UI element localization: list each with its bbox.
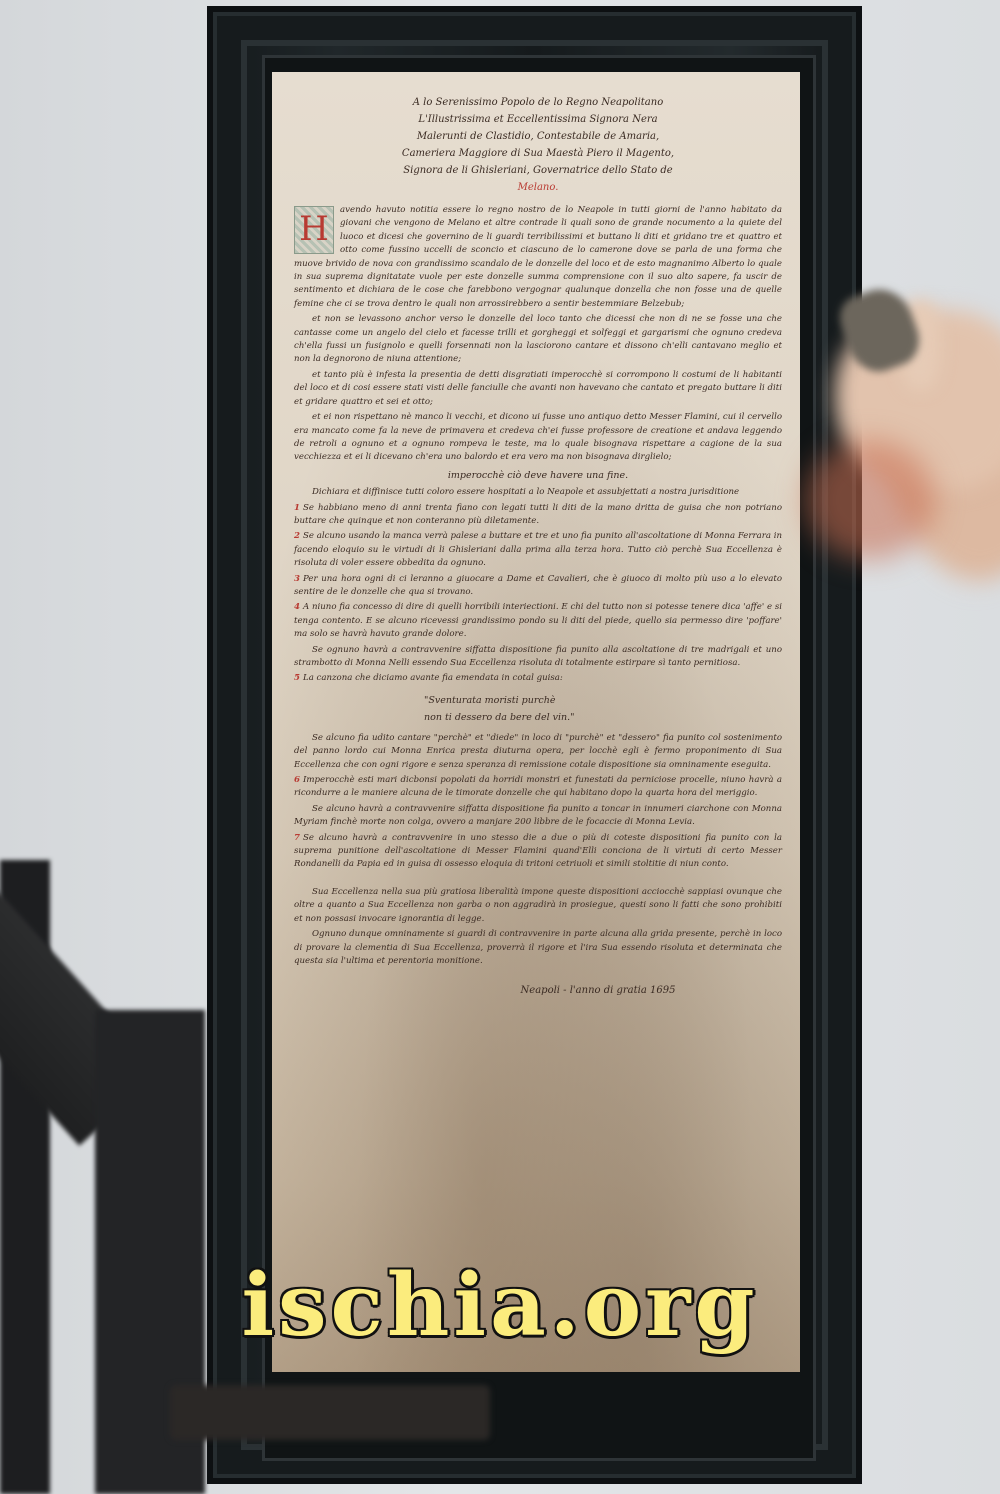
center-line: imperocchè ciò deve havere una fine. [294,469,782,482]
decree-text: A lo Serenissimo Popolo de lo Regno Neap… [294,94,782,1008]
closing-paragraph: Ognuno dunque omninamente si guardi di c… [294,928,782,968]
declaration: Dichiara et diffinisce tutti coloro esse… [294,486,782,499]
heading-line: A lo Serenissimo Popolo de lo Regno Neap… [294,94,782,111]
rule-item: 6Imperocchè esti mari dicbonsi popolati … [294,774,782,801]
rule-item: 5La canzona che diciamo avante fia emend… [294,672,782,685]
verse-line: "Sventurata moristi purchè [424,692,782,709]
rule-item: 3Per una hora ogni di ci leranno a giuoc… [294,573,782,600]
heading-line: Melano. [294,179,782,196]
heading-line: Malerunti de Clastidio, Contestabile de … [294,128,782,145]
penalty-paragraph: Se ognuno havrà a contravvenire siffatta… [294,644,782,671]
heading-line: Cameriera Maggiore di Sua Maestà Piero i… [294,145,782,162]
stair-railing-bar [170,1385,490,1440]
rule-item: 1Se habbiano meno di anni trenta fiano c… [294,502,782,529]
verse-quote: "Sventurata moristi purchè non ti desser… [424,692,782,726]
heading-line: L'Illustrissima et Eccellentissima Signo… [294,111,782,128]
opening-paragraph: H avendo havuto notitia essere lo regno … [294,204,782,311]
paragraph: et non se levassono anchor verso le donz… [294,313,782,367]
rule-item: 2Se alcuno usando la manca verrà palese … [294,530,782,570]
heading-line: Signora de li Ghisleriani, Governatrice … [294,162,782,179]
hand-motion-blur [805,440,935,560]
parchment-decree: A lo Serenissimo Popolo de lo Regno Neap… [272,72,800,1372]
rule-item: 4A niuno fia concesso di dire di quelli … [294,601,782,641]
paragraph: Se alcuno fia udito cantare "perchè" et … [294,732,782,772]
watermark-logo: ischia.org [195,1255,805,1356]
penalty-paragraph: Se alcuno havrà a contravvenire siffatta… [294,803,782,830]
signature-date: Neapoli - l'anno di gratia 1695 [294,984,782,997]
illuminated-drop-cap: H [294,206,334,254]
paragraph: et ei non rispettano nè manco li vecchi,… [294,411,782,465]
closing-paragraph: Sua Eccellenza nella sua più gratiosa li… [294,886,782,926]
decree-heading: A lo Serenissimo Popolo de lo Regno Neap… [294,94,782,196]
rule-item: 7Se alcuno havrà a contravvenire in uno … [294,832,782,872]
paragraph: et tanto più è infesta la presentia de d… [294,369,782,409]
verse-line: non ti dessero da bere del vin." [424,709,782,726]
